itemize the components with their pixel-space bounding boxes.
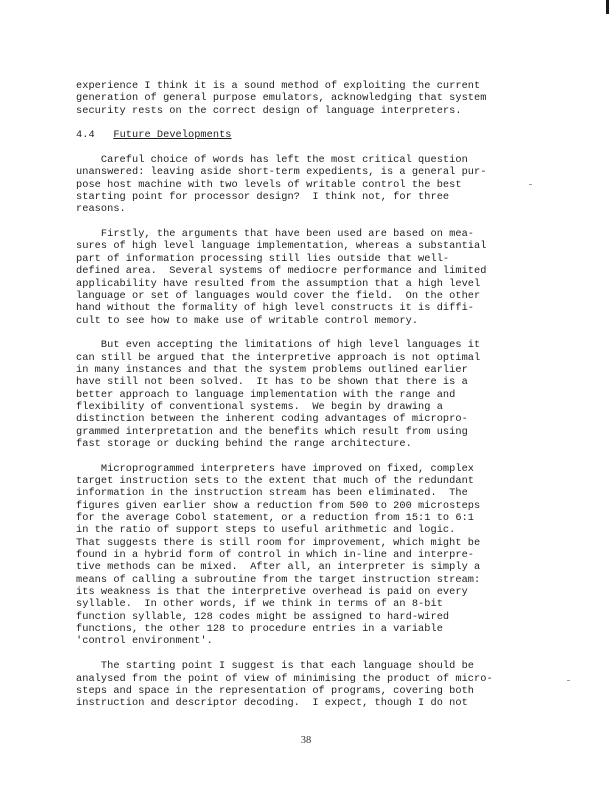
page-number: 38 [0,735,612,746]
section-number: 4.4 [76,129,95,141]
text-line: Microprogrammed interpreters have improv… [76,463,576,475]
text-line: target instruction sets to the extent th… [76,475,576,487]
paragraph: Microprogrammed interpreters have improv… [76,463,576,648]
text-line: That suggests there is still room for im… [76,537,576,549]
text-line: function syllable, 128 codes might be as… [76,611,576,623]
text-line: applicability have resulted from the ass… [76,278,576,290]
text-line: security rests on the correct design of … [76,105,576,117]
text-line: cult to see how to make use of writable … [76,315,576,327]
text-line: part of information processing still lie… [76,253,576,265]
text-line: can still be argued that the interpretiv… [76,352,576,364]
text-line: distinction between the inherent coding … [76,413,576,425]
text-line: syllable. In other words, if we think in… [76,598,576,610]
paragraph: The starting point I suggest is that eac… [76,660,576,709]
scan-corner-mark [606,0,609,14]
text-line: information in the instruction stream ha… [76,487,576,499]
body-text: experience I think it is a sound method … [76,80,576,722]
text-line: analysed from the point of view of minim… [76,673,576,685]
text-line: 'control environment'. [76,635,576,647]
text-line: instruction and descriptor decoding. I e… [76,697,576,709]
text-line: Careful choice of words has left the mos… [76,154,576,166]
text-line: flexibility of conventional systems. We … [76,401,576,413]
text-line: in the ratio of support steps to useful … [76,524,576,536]
text-line: have still not been solved. It has to be… [76,376,576,388]
text-line: reasons. [76,203,576,215]
text-line: The starting point I suggest is that eac… [76,660,576,672]
text-line: tive methods can be mixed. After all, an… [76,561,576,573]
text-line: found in a hybrid form of control in whi… [76,549,576,561]
paragraph: But even accepting the limitations of hi… [76,339,576,450]
text-line: unanswered: leaving aside short-term exp… [76,166,576,178]
text-line: language or set of languages would cover… [76,290,576,302]
text-line: functions, the other 128 to procedure en… [76,623,576,635]
text-line: sures of high level language implementat… [76,240,576,252]
paragraph: Careful choice of words has left the mos… [76,154,576,216]
text-line: better approach to language implementati… [76,389,576,401]
section-title: Future Developments [113,129,231,141]
text-line: means of calling a subroutine from the t… [76,574,576,586]
text-line: experience I think it is a sound method … [76,80,576,92]
text-line: Firstly, the arguments that have been us… [76,228,576,240]
text-line: in many instances and that the system pr… [76,364,576,376]
text-line: defined area. Several systems of mediocr… [76,265,576,277]
document-page: experience I think it is a sound method … [0,0,612,791]
text-line: grammed interpretation and the benefits … [76,426,576,438]
section-heading: 4.4 Future Developments [76,129,576,141]
text-line: hand without the formality of high level… [76,302,576,314]
text-line: starting point for processor design? I t… [76,191,576,203]
text-line: pose host machine with two levels of wri… [76,179,576,191]
text-line: But even accepting the limitations of hi… [76,339,576,351]
paragraphs: Careful choice of words has left the mos… [76,154,576,709]
text-line: its weakness is that the interpretive ov… [76,586,576,598]
text-line: generation of general purpose emulators,… [76,92,576,104]
text-line: figures given earlier show a reduction f… [76,500,576,512]
paragraph: Firstly, the arguments that have been us… [76,228,576,327]
text-line: steps and space in the representation of… [76,685,576,697]
text-line: for the average Cobol statement, or a re… [76,512,576,524]
text-line: fast storage or ducking behind the range… [76,438,576,450]
opening-paragraph: experience I think it is a sound method … [76,80,576,117]
